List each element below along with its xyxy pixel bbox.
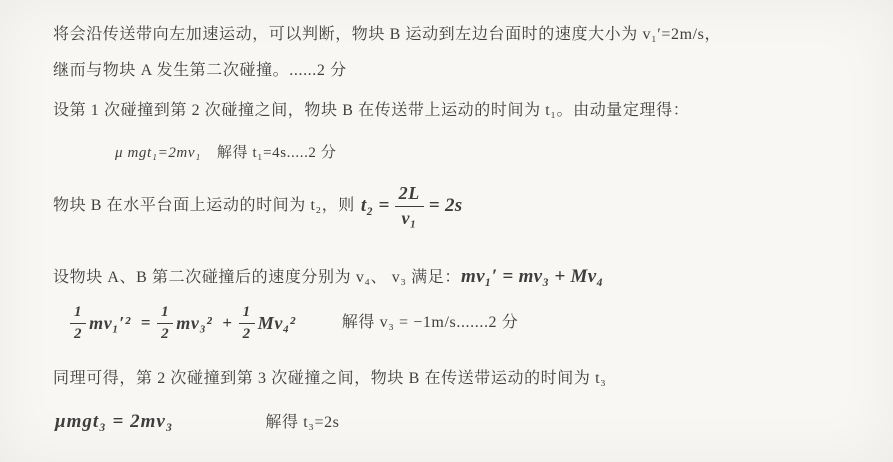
- equation-kinetic-energy: 1 2 mv₁′² = 1 2 mv₃² + 1 2 Mv₄² 解得 v₃ = …: [70, 304, 518, 342]
- fraction-one-half-1: 1 2: [70, 304, 86, 342]
- equation-time-t2: 物块 B 在水平台面上运动的时间为 t₂，则 t₂ = 2L v₁ = 2s: [53, 184, 462, 229]
- text-platform-time: 物块 B 在水平台面上运动的时间为 t₂，则: [53, 195, 355, 217]
- text-second-collision-velocities: 设物块 A、B 第二次碰撞后的速度分别为 v₄、 v₃ 满足：: [53, 269, 461, 286]
- answer-t3: 解得 t₃=2s: [265, 414, 339, 431]
- equals-sign: =: [141, 312, 151, 334]
- scan-content: 将会沿传送带向左加速运动，可以判断，物块 B 运动到左边台面时的速度大小为 v₁…: [0, 0, 893, 462]
- term-mv3-squared: mv₃²: [176, 312, 212, 334]
- equation-momentum-conservation: 设物块 A、B 第二次碰撞后的速度分别为 v₄、 v₃ 满足：mv₁′ = mv…: [53, 266, 603, 289]
- fraction-2L-over-v1: 2L v₁: [395, 184, 424, 229]
- fraction-numerator: 1: [239, 304, 255, 324]
- fraction-denominator: 2: [161, 324, 169, 343]
- scanned-physics-solution-page: 将会沿传送带向左加速运动，可以判断，物块 B 运动到左边台面时的速度大小为 v₁…: [0, 0, 893, 462]
- equation-momentum-t1: μ mgt₁=2mv₁解得 t₁=4s.....2 分: [115, 142, 336, 164]
- paragraph-time-t3-setup: 同理可得，第 2 次碰撞到第 3 次碰撞之间，物块 B 在传送带运动的时间为 t…: [53, 368, 606, 390]
- equation-mv1-mv3-Mv4: mv₁′ = mv₃ + Mv₄: [461, 266, 603, 287]
- fraction-one-half-2: 1 2: [157, 304, 173, 342]
- fraction-one-half-3: 1 2: [239, 304, 255, 342]
- paragraph-second-collision-score: 继而与物块 A 发生第二次碰撞。......2 分: [53, 60, 347, 82]
- fraction-numerator: 1: [70, 304, 86, 324]
- fraction-numerator: 1: [157, 304, 173, 324]
- fraction-numerator: 2L: [395, 184, 424, 207]
- equation-mu-mgt1: μ mgt₁=2mv₁: [115, 145, 201, 161]
- paragraph-belt-acceleration: 将会沿传送带向左加速运动，可以判断，物块 B 运动到左边台面时的速度大小为 v₁…: [53, 24, 721, 46]
- answer-t1: 解得 t₁=4s.....2 分: [217, 145, 337, 161]
- equation-momentum-t3: μmgt₃ = 2mv₃解得 t₃=2s: [55, 411, 340, 434]
- plus-sign: +: [222, 312, 232, 334]
- fraction-denominator: 2: [74, 324, 82, 343]
- fraction-denominator: v₁: [401, 207, 416, 229]
- term-mv1-squared: mv₁′²: [89, 312, 131, 334]
- equation-t2-lhs: t₂ =: [361, 195, 390, 217]
- answer-v3: 解得 v₃ = −1m/s.......2 分: [342, 312, 519, 334]
- fraction-denominator: 2: [243, 324, 251, 343]
- equation-t2-result: = 2s: [429, 195, 463, 217]
- term-Mv4-squared: Mv₄²: [258, 312, 296, 334]
- equation-mu-mgt3: μmgt₃ = 2mv₃: [55, 411, 173, 432]
- paragraph-time-t1-setup: 设第 1 次碰撞到第 2 次碰撞之间，物块 B 在传送带上运动的时间为 t₁。由…: [53, 100, 689, 122]
